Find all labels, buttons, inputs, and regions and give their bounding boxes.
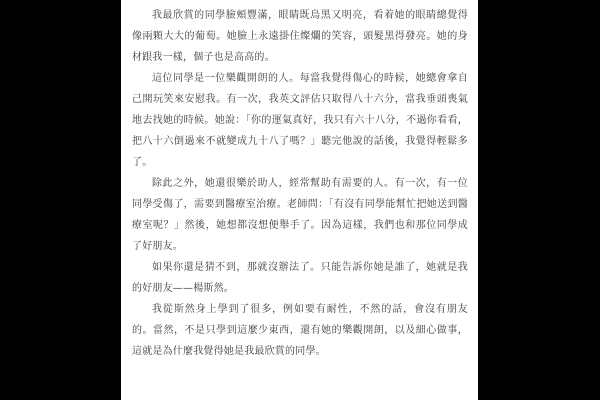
document-page: 我最欣賞的同學臉頰豐滿，眼睛既烏黑又明亮，看着她的眼睛總覺得像兩顆大大的葡萄。她…	[121, 0, 478, 400]
essay-paragraph-2: 這位同學是一位樂觀開朗的人。每當我覺得傷心的時候，她總會拿自己開玩笑來安慰我。有…	[132, 68, 468, 173]
essay-paragraph-3: 除此之外，她還很樂於助人，經常幫助有需要的人。有一次，有一位同學受傷了，需要到醫…	[132, 173, 468, 257]
essay-paragraph-5: 我從斯然身上學到了很多，例如要有耐性，不然的話，會沒有朋友的。當然，不是只學到這…	[132, 299, 468, 362]
essay-body: 我最欣賞的同學臉頰豐滿，眼睛既烏黑又明亮，看着她的眼睛總覺得像兩顆大大的葡萄。她…	[132, 5, 468, 362]
essay-paragraph-4: 如果你還是猜不到，那就沒辦法了。只能告訴你她是誰了，她就是我的好朋友——楊斯然。	[132, 257, 468, 299]
essay-paragraph-1: 我最欣賞的同學臉頰豐滿，眼睛既烏黑又明亮，看着她的眼睛總覺得像兩顆大大的葡萄。她…	[132, 5, 468, 68]
letterboxed-canvas: 我最欣賞的同學臉頰豐滿，眼睛既烏黑又明亮，看着她的眼睛總覺得像兩顆大大的葡萄。她…	[0, 0, 600, 400]
